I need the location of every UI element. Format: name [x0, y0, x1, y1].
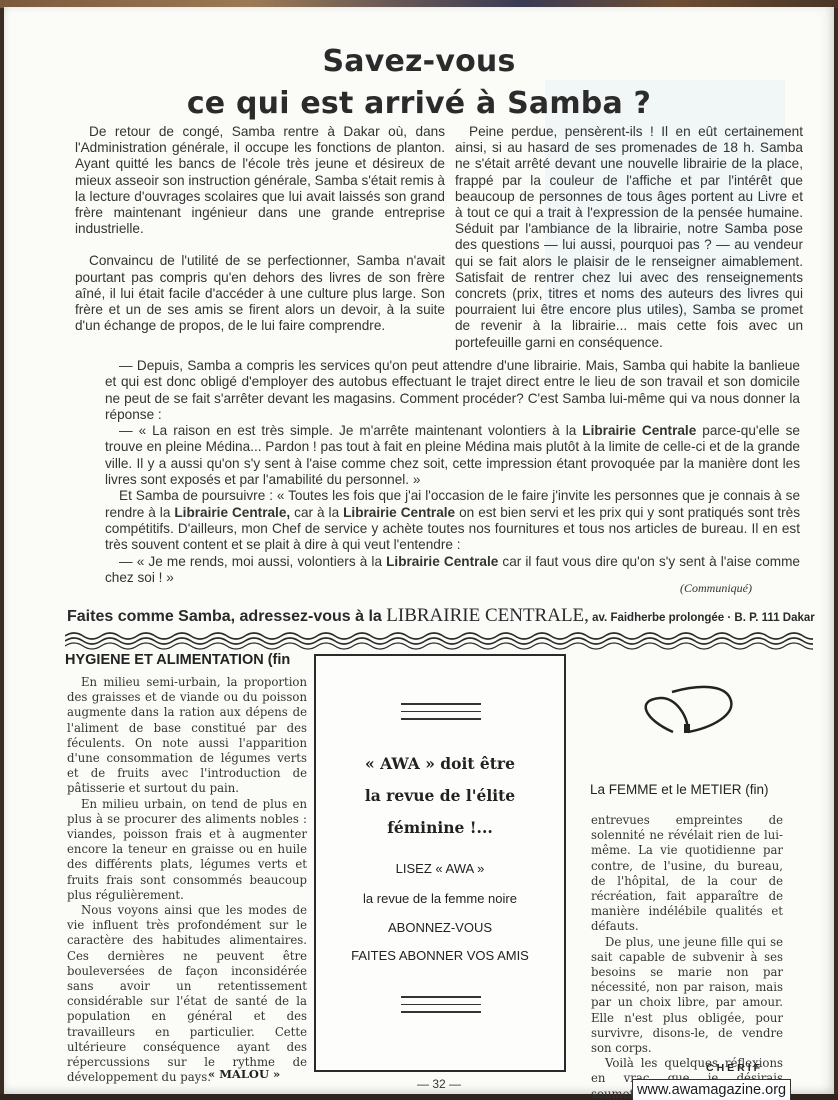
triple-rule-icon — [401, 996, 481, 1019]
article-wide-section: — Depuis, Samba a compris les services q… — [105, 358, 800, 586]
paragraph: En milieu semi-urbain, la proportion des… — [67, 675, 307, 797]
ad-line-brand: LIBRAIRIE CENTRALE, — [386, 605, 589, 626]
article-left-column: De retour de congé, Samba rentre à Dakar… — [75, 124, 445, 334]
article-right-column: Peine perdue, pensèrent-ils ! Il en eût … — [455, 124, 803, 351]
website-watermark: www.awamagazine.org — [632, 1079, 791, 1100]
paragraph: — Depuis, Samba a compris les services q… — [105, 358, 800, 423]
ad-subscribe-friends: FAITES ABONNER VOS AMIS — [316, 948, 564, 963]
paragraph: entrevues empreintes de solennité ne rév… — [591, 813, 783, 935]
ad-headline-1: « AWA » doit être — [316, 754, 564, 773]
paragraph: Peine perdue, pensèrent-ils ! Il en eût … — [455, 124, 803, 351]
ad-headline-2: la revue de l'élite — [316, 786, 564, 805]
ad-line-address: av. Faidherbe prolongée · B. P. 111 Daka… — [589, 612, 815, 624]
text-span: — « La raison en est très simple. Je m'a… — [119, 423, 582, 438]
librairie-centrale-mention: Librairie Centrale — [343, 505, 455, 520]
wavy-divider-icon — [65, 628, 813, 650]
triple-rule-icon — [401, 703, 481, 726]
article-title-line1: Savez-vous — [0, 44, 838, 79]
femme-metier-heading: La FEMME et le METIER (fin) — [590, 782, 769, 797]
ad-read-awa: LISEZ « AWA » — [316, 861, 564, 876]
librairie-centrale-mention: Librairie Centrale, — [174, 505, 290, 520]
ad-headline-3: féminine !... — [316, 818, 564, 837]
librairie-centrale-mention: Librairie Centrale — [386, 554, 498, 569]
femme-metier-column: entrevues empreintes de solennité ne rév… — [591, 813, 783, 1100]
ad-subscribe: ABONNEZ-VOUS — [316, 920, 564, 935]
paragraph: Et Samba de poursuivre : « Toutes les fo… — [105, 488, 800, 553]
paragraph: En milieu urbain, on tend de plus en plu… — [67, 797, 307, 903]
paragraph: Convaincu de l'utilité de se perfectionn… — [75, 253, 445, 334]
paragraph: De retour de congé, Samba rentre à Dakar… — [75, 124, 445, 237]
hygiene-heading: HYGIENE ET ALIMENTATION (fin — [65, 652, 290, 668]
awa-subscription-ad: « AWA » doit être la revue de l'élite fé… — [314, 654, 566, 1072]
text-span: car à la — [290, 505, 343, 520]
paragraph: Nous voyons ainsi que les modes de vie i… — [67, 903, 307, 1085]
article-title-line2: ce qui est arrivé à Samba ? — [0, 86, 838, 121]
paragraph: De plus, une jeune fille qui se sait cap… — [591, 935, 783, 1057]
librairie-centrale-mention: Librairie Centrale — [582, 423, 696, 438]
ribbon-loop-ornament-icon — [640, 680, 740, 740]
source-credit: (Communiqué) — [680, 581, 752, 596]
author-signature-cherif: CHERIF — [706, 1062, 763, 1074]
hygiene-column: En milieu semi-urbain, la proportion des… — [67, 675, 307, 1085]
bookstore-ad-line: Faites comme Samba, adressez-vous à la L… — [67, 605, 827, 627]
paragraph: — « La raison en est très simple. Je m'a… — [105, 423, 800, 488]
text-span: — « Je me rends, moi aussi, volontiers à… — [119, 554, 386, 569]
ad-line-text: Faites comme Samba, adressez-vous à la — [67, 608, 386, 625]
ad-tagline: la revue de la femme noire — [316, 891, 564, 906]
